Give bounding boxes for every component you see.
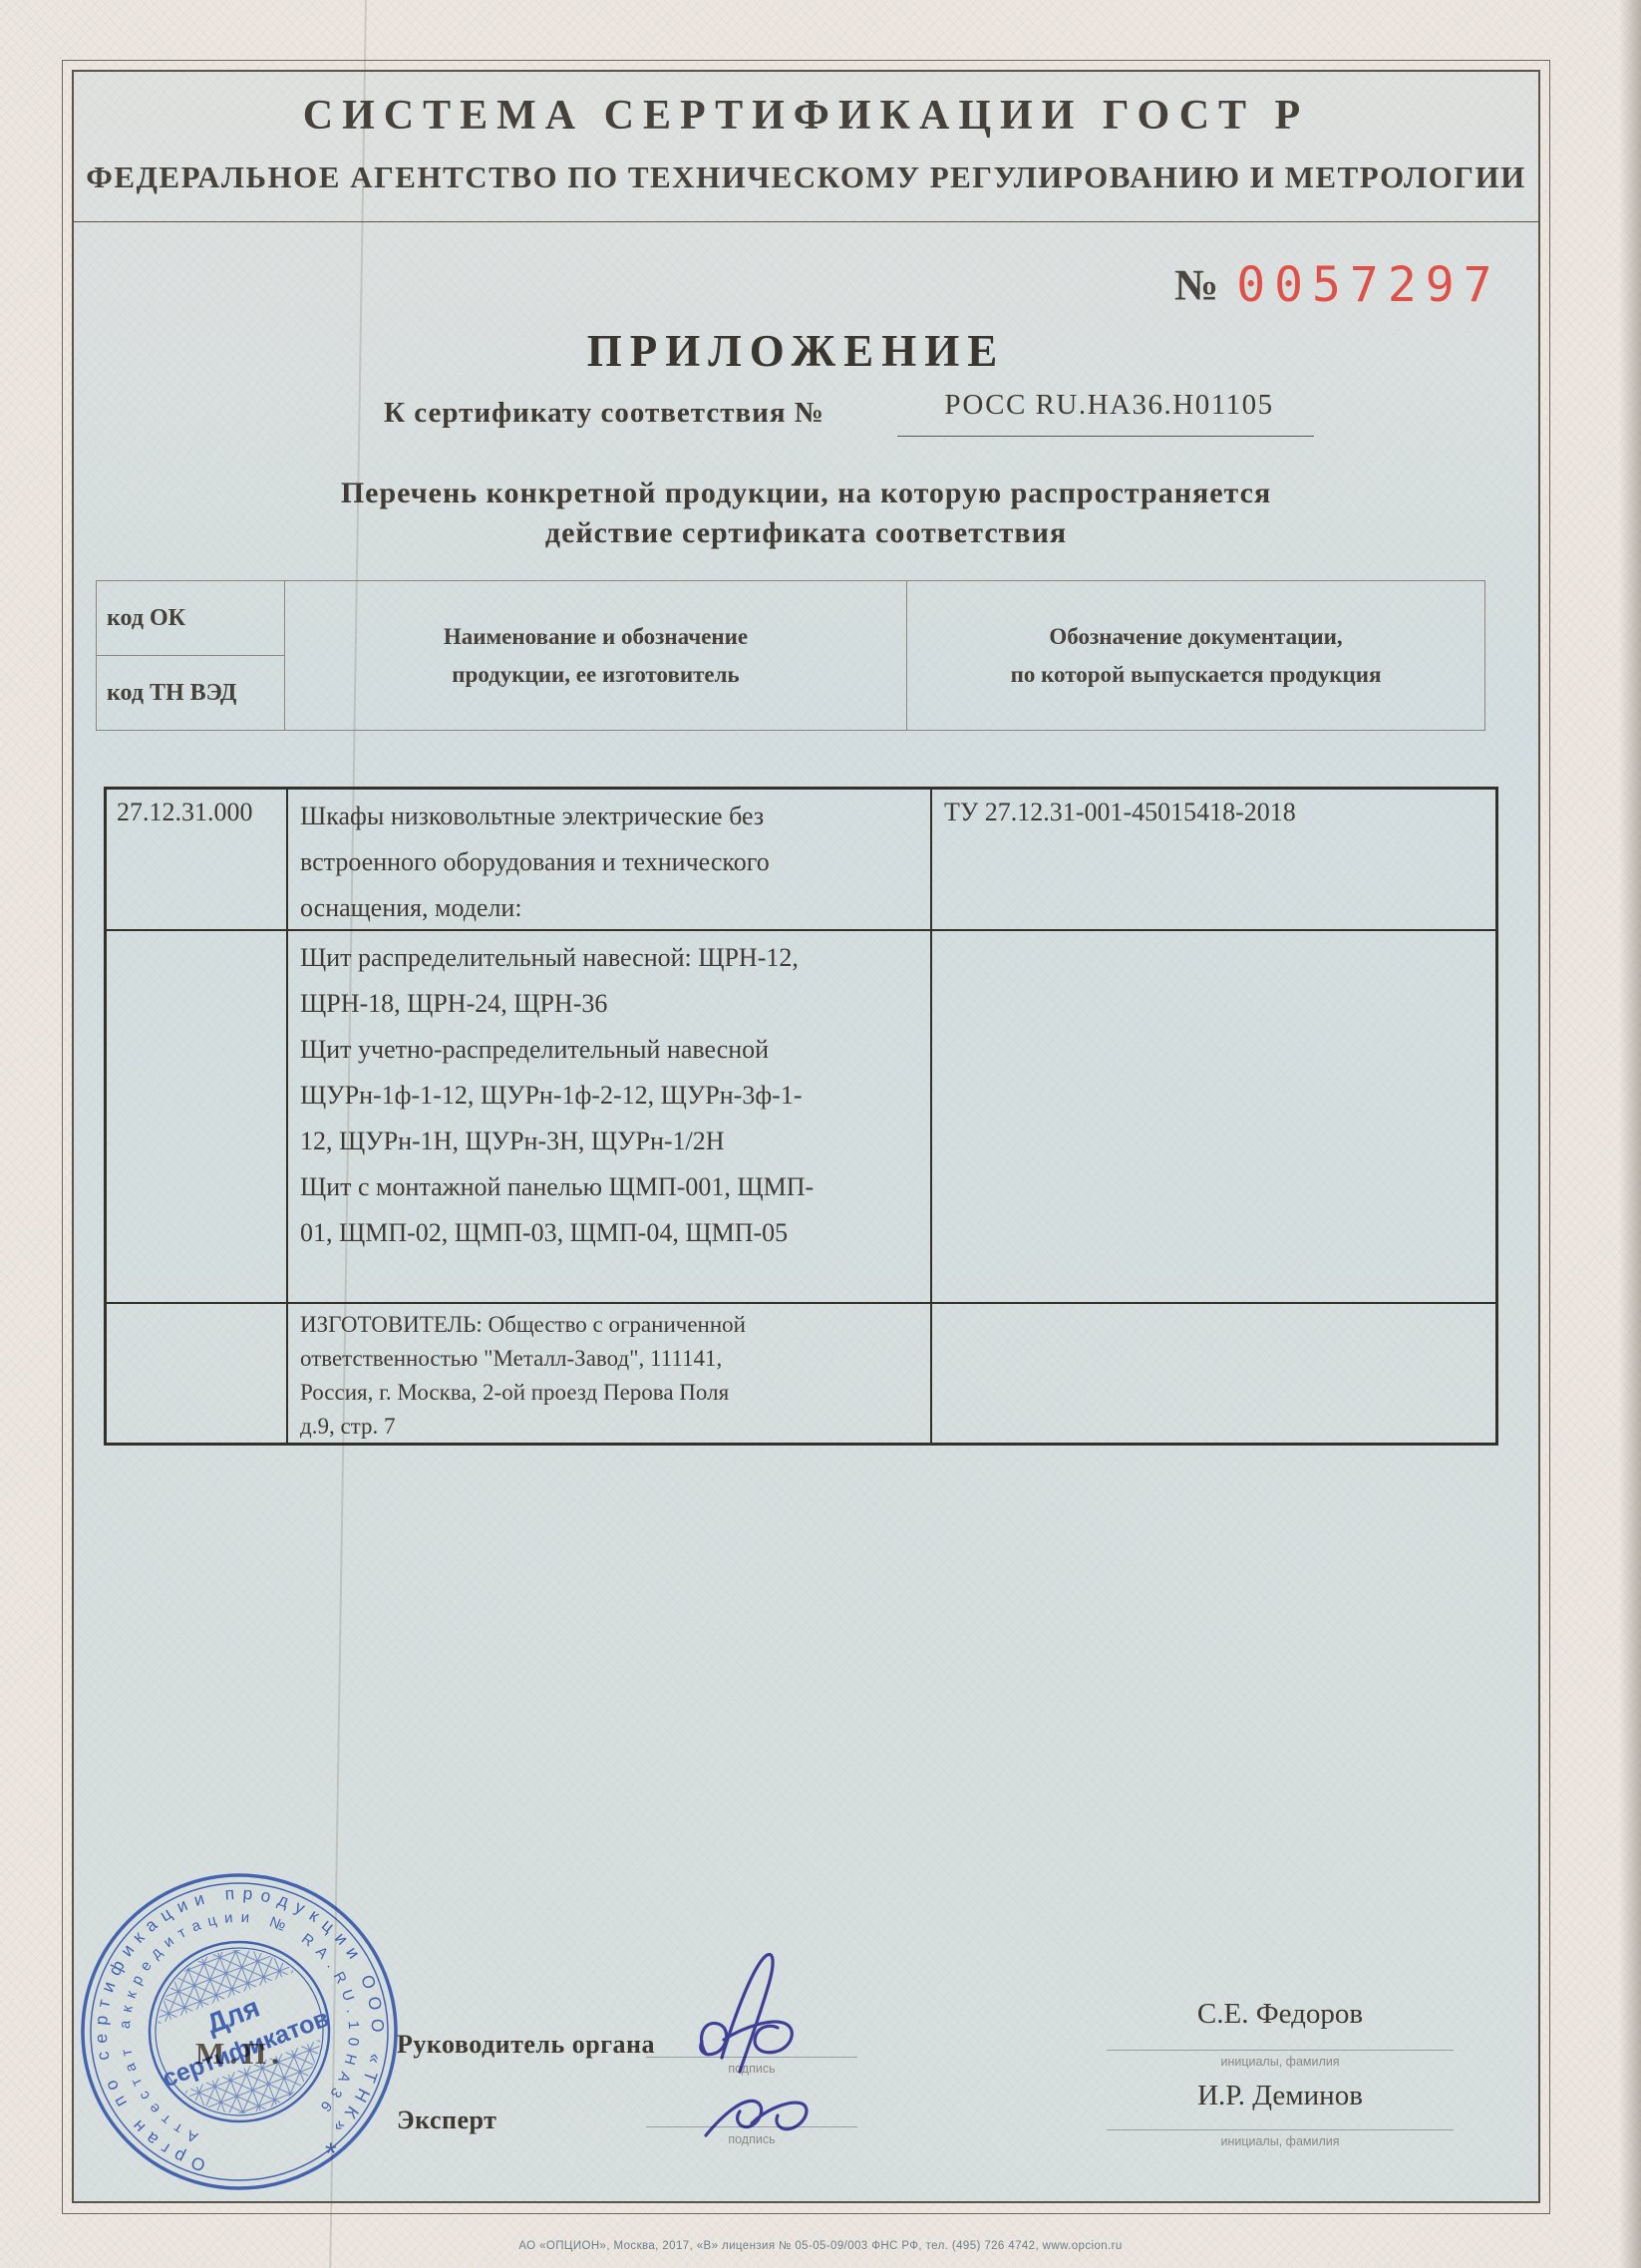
manufacturer-cell: ИЗГОТОВИТЕЛЬ: Общество с ограниченной от…	[288, 1304, 932, 1443]
code-ok-header: код ОК	[97, 581, 284, 656]
certificate-ref-underline	[897, 436, 1314, 437]
system-title: СИСТЕМА СЕРТИФИКАЦИИ ГОСТ Р	[72, 92, 1540, 140]
product-description-cell: Шкафы низковольтные электрические без вс…	[288, 790, 932, 931]
product-code-cell	[107, 931, 288, 1304]
code-tnved-header: код ТН ВЭД	[97, 656, 284, 730]
scan-edge-shadow	[1619, 0, 1641, 2268]
serial-number-block: № 0057297	[1174, 257, 1501, 313]
product-table: 27.12.31.000 Шкафы низковольтные электри…	[104, 787, 1498, 1446]
serial-number-value: 0057297	[1236, 257, 1500, 313]
head-of-body-label: Руководитель органа	[397, 2030, 655, 2060]
name-caption: инициалы, фамилия	[1107, 2134, 1454, 2148]
appendix-title: ПРИЛОЖЕНИЕ	[62, 325, 1530, 377]
certificate-ref-value: РОСС RU.HA36.H01105	[902, 389, 1316, 422]
stamp-star: *	[325, 2137, 337, 2170]
printer-imprint: АО «ОПЦИОН», Москва, 2017, «В» лицензия …	[0, 2240, 1641, 2252]
product-models-cell: Щит распределительный навесной: ЩРН-12, …	[288, 931, 932, 1304]
product-doc-cell	[932, 1304, 1495, 1443]
expert-label: Эксперт	[397, 2106, 496, 2135]
scope-line-2: действие сертификата соответствия	[72, 516, 1540, 550]
code-header-column: код ОК код ТН ВЭД	[97, 581, 285, 730]
product-code-cell: 27.12.31.000	[107, 790, 288, 931]
agency-title: ФЕДЕРАЛЬНОЕ АГЕНТСТВО ПО ТЕХНИЧЕСКОМУ РЕ…	[72, 160, 1540, 195]
product-doc-cell	[932, 931, 1495, 1304]
signature-ink-1	[688, 1942, 827, 2082]
name-line	[1107, 2050, 1454, 2051]
signer-name: И.Р. Деминов	[1107, 2080, 1454, 2112]
name-line	[1107, 2129, 1454, 2130]
product-name-header: Наименование и обозначение продукции, ее…	[285, 581, 907, 730]
header-divider-rule	[74, 221, 1538, 222]
product-doc-cell: ТУ 27.12.31-001-45015418-2018	[932, 790, 1495, 931]
certification-stamp: Орган по сертификации продукции ООО «ТНК…	[70, 1862, 409, 2201]
scope-line-1: Перечень конкретной продукции, на котору…	[72, 477, 1540, 510]
spec-table-header: код ОК код ТН ВЭД Наименование и обознач…	[96, 580, 1485, 731]
numero-sign: №	[1174, 261, 1218, 310]
product-code-cell	[107, 1304, 288, 1443]
signer-name: С.Е. Федоров	[1107, 1998, 1454, 2031]
scanned-certificate-page: СИСТЕМА СЕРТИФИКАЦИИ ГОСТ Р ФЕДЕРАЛЬНОЕ …	[0, 0, 1641, 2268]
signature-ink-2	[698, 2072, 827, 2151]
name-caption: инициалы, фамилия	[1107, 2055, 1454, 2069]
certificate-ref-label: К сертификату соответствия №	[384, 397, 824, 430]
documentation-header: Обозначение документации, по которой вып…	[907, 581, 1484, 730]
